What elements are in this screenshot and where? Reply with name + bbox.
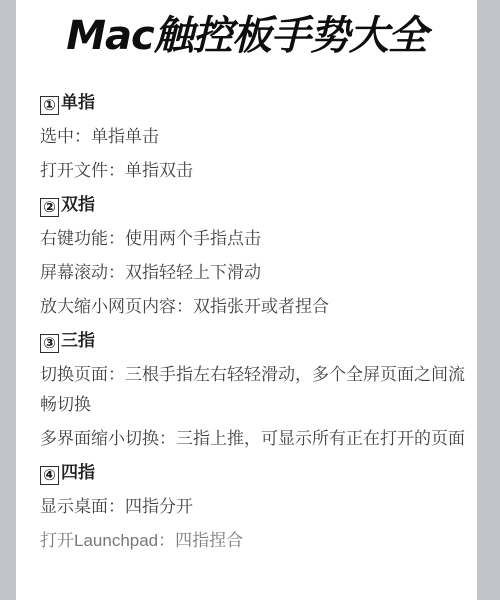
gesture-line: 打开文件：单指双击 (40, 156, 473, 186)
gesture-line: 打开Launchpad：四指捏合 (40, 526, 473, 556)
section-number-badge: ③ (40, 334, 59, 353)
section-number-badge: ④ (40, 466, 59, 485)
content-card: Mac触控板手势大全 ①单指 选中：单指单击 打开文件：单指双击 ②双指 右键功… (16, 0, 477, 600)
gesture-line: 右键功能：使用两个手指点击 (40, 224, 473, 254)
section-number-badge: ② (40, 198, 59, 217)
gesture-section: ③三指 切换页面：三根手指左右轻轻滑动，多个全屏页面之间流畅切换 多界面缩小切换… (40, 326, 473, 454)
gesture-section: ①单指 选中：单指单击 打开文件：单指双击 (40, 88, 473, 186)
gesture-list: ①单指 选中：单指单击 打开文件：单指双击 ②双指 右键功能：使用两个手指点击 … (16, 88, 473, 556)
gesture-line: 显示桌面：四指分开 (40, 492, 473, 522)
section-heading: ①单指 (40, 88, 473, 118)
page-title: Mac触控板手势大全 (16, 10, 477, 62)
gesture-section: ②双指 右键功能：使用两个手指点击 屏幕滚动：双指轻轻上下滑动 放大缩小网页内容… (40, 190, 473, 322)
section-heading-label: 单指 (61, 93, 95, 112)
gesture-line: 多界面缩小切换：三指上推，可显示所有正在打开的页面 (40, 424, 473, 454)
section-heading: ②双指 (40, 190, 473, 220)
gesture-line: 选中：单指单击 (40, 122, 473, 152)
section-heading: ③三指 (40, 326, 473, 356)
gesture-section: ④四指 显示桌面：四指分开 打开Launchpad：四指捏合 (40, 458, 473, 556)
section-heading: ④四指 (40, 458, 473, 488)
section-heading-label: 双指 (61, 195, 95, 214)
gesture-line: 放大缩小网页内容：双指张开或者捏合 (40, 292, 473, 322)
section-number-badge: ① (40, 96, 59, 115)
gesture-line: 切换页面：三根手指左右轻轻滑动，多个全屏页面之间流畅切换 (40, 360, 473, 420)
section-heading-label: 四指 (61, 463, 95, 482)
gesture-line: 屏幕滚动：双指轻轻上下滑动 (40, 258, 473, 288)
section-heading-label: 三指 (61, 331, 95, 350)
